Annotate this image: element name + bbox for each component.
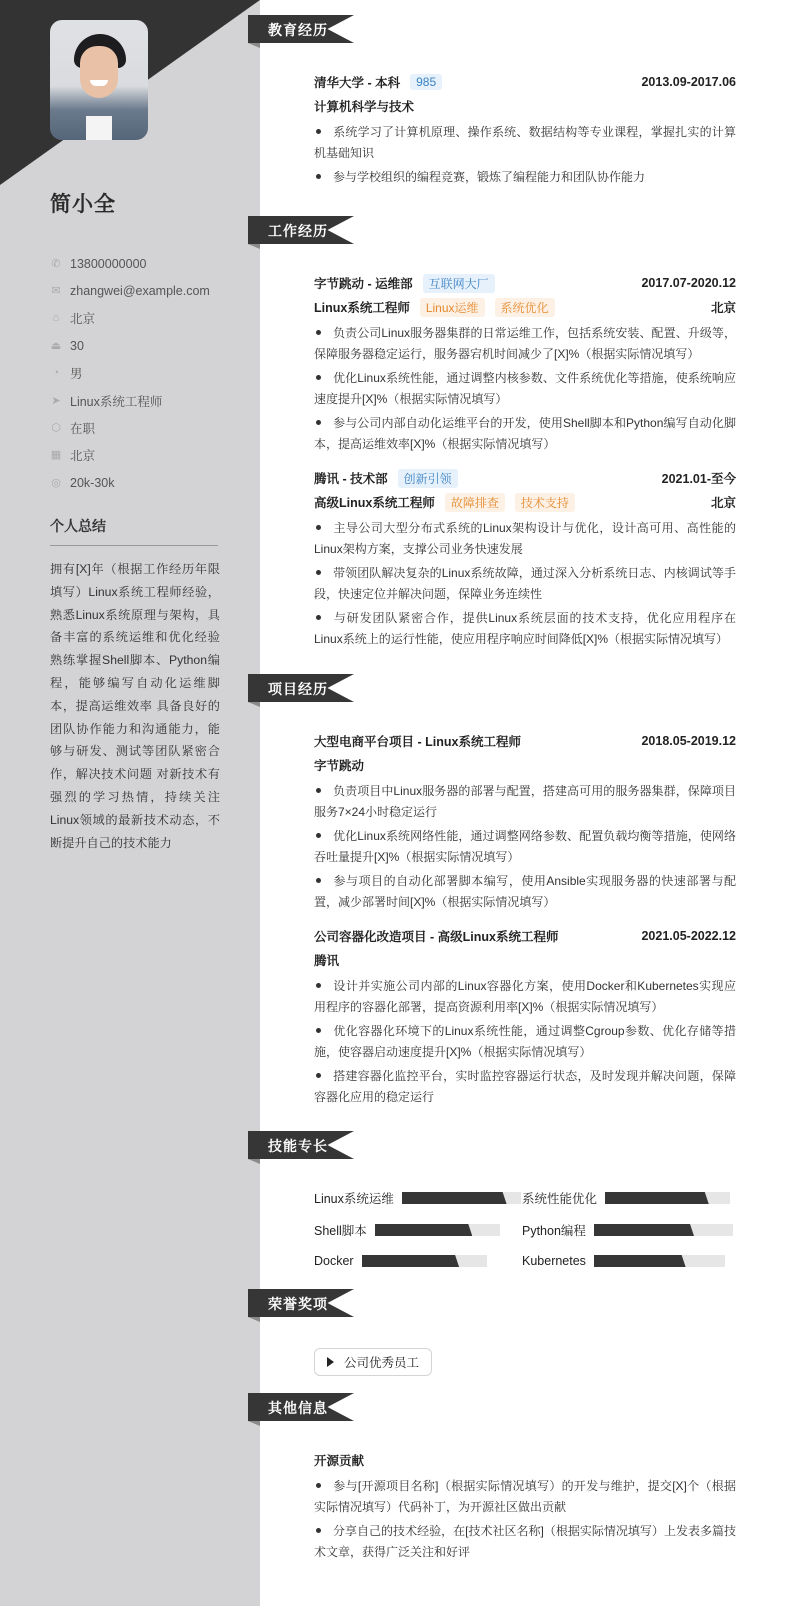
education-entry: 清华大学 - 本科985 2013.09-2017.06 计算机科学与技术 系统… <box>314 70 736 192</box>
company-tag: 互联网大厂 <box>423 274 495 293</box>
company-name: 字节跳动 - 运维部 <box>314 274 413 292</box>
skill-bar-fill <box>362 1255 460 1267</box>
skill-bar <box>605 1192 730 1204</box>
info-hometown: ⌂北京 <box>50 305 250 332</box>
info-salary: ◎20k-30k <box>50 469 250 496</box>
skill-bar-fill <box>594 1224 694 1236</box>
info-age: ⏏30 <box>50 332 250 359</box>
contact-info-list: ✆13800000000 ✉zhangwei@example.com ⌂北京 ⏏… <box>50 250 250 497</box>
project-name: 公司容器化改造项目 - 高级Linux系统工程师 <box>314 927 558 945</box>
project-bullet: 搭建容器化监控平台，实时监控容器运行状态，及时发现并解决问题，保障容器化应用的稳… <box>314 1066 736 1107</box>
project-date: 2018.05-2019.12 <box>641 734 736 748</box>
work-bullet: 负责公司Linux服务器集群的日常运维工作，包括系统安装、配置、升级等，保障服务… <box>314 323 736 364</box>
project-entry: 大型电商平台项目 - Linux系统工程师 2018.05-2019.12 字节… <box>314 729 736 916</box>
skill-bar <box>402 1192 521 1204</box>
info-gender: ◔男 <box>50 360 250 387</box>
skill-bar <box>362 1255 487 1267</box>
skill-item: Shell脚本 <box>314 1220 500 1240</box>
project-entry: 公司容器化改造项目 - 高级Linux系统工程师 2021.05-2022.12… <box>314 924 736 1111</box>
work-entry: 腾讯 - 技术部创新引领 2021.01-至今 高级Linux系统工程师故障排查… <box>314 466 736 653</box>
work-bullet: 参与公司内部自动化运维平台的开发，使用Shell脚本和Python编写自动化脚本… <box>314 413 736 454</box>
summary-title: 个人总结 <box>50 516 106 536</box>
skill-bar <box>594 1224 733 1236</box>
project-bullet: 设计并实施公司内部的Linux容器化方案，使用Docker和Kubernetes… <box>314 976 736 1017</box>
info-email: ✉zhangwei@example.com <box>50 277 250 304</box>
info-position: ➤Linux系统工程师 <box>50 387 250 414</box>
section-header-projects: 项目经历 <box>248 674 354 702</box>
send-icon: ➤ <box>50 395 62 407</box>
skill-bar-fill <box>594 1255 686 1267</box>
project-bullet: 优化容器化环境下的Linux系统性能，通过调整Cgroup参数、优化存储等措施，… <box>314 1021 736 1062</box>
age-icon: ⏏ <box>50 340 62 352</box>
other-bullet: 分享自己的技术经验，在[技术社区名称]（根据实际情况填写）上发表多篇技术文章，获… <box>314 1521 736 1562</box>
other-bullet: 参与[开源项目名称]（根据实际情况填写）的开发与维护，提交[X]个（根据实际情况… <box>314 1476 736 1517</box>
summary-text: 拥有[X]年（根据工作经历年限填写）Linux系统工程师经验，熟悉Linux系统… <box>50 558 220 854</box>
honor-badge: 公司优秀员工 <box>314 1348 432 1376</box>
other-title: 开源贡献 <box>314 1451 364 1469</box>
main-content: 教育经历 清华大学 - 本科985 2013.09-2017.06 计算机科学与… <box>260 0 794 1606</box>
summary-divider <box>50 545 218 546</box>
school-name: 清华大学 - 本科 <box>314 73 400 91</box>
section-header-other: 其他信息 <box>248 1393 354 1421</box>
skill-bar <box>375 1224 500 1236</box>
section-header-honors: 荣誉奖项 <box>248 1289 354 1317</box>
section-header-education: 教育经历 <box>248 15 354 43</box>
project-company: 字节跳动 <box>314 756 364 774</box>
project-company: 腾讯 <box>314 951 339 969</box>
skill-bar-fill <box>605 1192 709 1204</box>
salary-icon: ◎ <box>50 477 62 489</box>
project-bullet: 参与项目的自动化部署脚本编写，使用Ansible实现服务器的快速部署与配置，减少… <box>314 871 736 912</box>
skill-item: 系统性能优化 <box>522 1188 730 1208</box>
skill-item: Linux系统运维 <box>314 1188 521 1208</box>
work-bullet: 主导公司大型分布式系统的Linux架构设计与优化，设计高可用、高性能的Linux… <box>314 518 736 559</box>
candidate-name: 简小全 <box>50 188 116 218</box>
company-name: 腾讯 - 技术部 <box>314 469 388 487</box>
building-icon: ▦ <box>50 449 62 461</box>
project-bullet: 优化Linux系统网络性能，通过调整网络参数、配置负载均衡等措施，使网络吞吐量提… <box>314 826 736 867</box>
work-bullet: 优化Linux系统性能，通过调整内核参数、文件系统优化等措施，使系统响应速度提升… <box>314 368 736 409</box>
project-date: 2021.05-2022.12 <box>641 929 736 943</box>
skill-bar-fill <box>375 1224 473 1236</box>
home-icon: ⌂ <box>50 312 62 324</box>
section-header-skills: 技能专长 <box>248 1131 354 1159</box>
sidebar: 简小全 ✆13800000000 ✉zhangwei@example.com ⌂… <box>0 0 260 1606</box>
major: 计算机科学与技术 <box>314 97 414 115</box>
work-entry: 字节跳动 - 运维部互联网大厂 2017.07-2020.12 Linux系统工… <box>314 271 736 458</box>
info-phone: ✆13800000000 <box>50 250 250 277</box>
skill-tag: 系统优化 <box>495 298 555 317</box>
skill-bar <box>594 1255 725 1267</box>
education-bullet: 参与学校组织的编程竞赛，锻炼了编程能力和团队协作能力 <box>314 167 736 188</box>
education-date: 2013.09-2017.06 <box>641 75 736 89</box>
skill-bar-fill <box>402 1192 507 1204</box>
skill-tag: Linux运维 <box>420 298 485 317</box>
work-location: 北京 <box>711 298 736 316</box>
other-entry: 开源贡献 参与[开源项目名称]（根据实际情况填写）的开发与维护，提交[X]个（根… <box>314 1448 736 1566</box>
job-title: Linux系统工程师 <box>314 298 410 316</box>
education-bullet: 系统学习了计算机原理、操作系统、数据结构等专业课程，掌握扎实的计算机基础知识 <box>314 122 736 163</box>
job-title: 高级Linux系统工程师 <box>314 493 435 511</box>
work-bullet: 带领团队解决复杂的Linux系统故障，通过深入分析系统日志、内核调试等手段，快速… <box>314 563 736 604</box>
school-tag: 985 <box>410 74 442 90</box>
play-triangle-icon <box>327 1357 334 1367</box>
avatar <box>50 20 148 140</box>
phone-icon: ✆ <box>50 258 62 270</box>
company-tag: 创新引领 <box>398 469 458 488</box>
work-date: 2017.07-2020.12 <box>641 276 736 290</box>
skill-item: Kubernetes <box>522 1251 725 1271</box>
project-bullet: 负责项目中Linux服务器的部署与配置，搭建高可用的服务器集群，保障项目服务7×… <box>314 781 736 822</box>
section-header-work: 工作经历 <box>248 216 354 244</box>
skill-tag: 技术支持 <box>515 493 575 512</box>
info-status: ⬡在职 <box>50 414 250 441</box>
info-city: ▦北京 <box>50 442 250 469</box>
skill-tag: 故障排查 <box>445 493 505 512</box>
status-icon: ⬡ <box>50 422 62 434</box>
project-name: 大型电商平台项目 - Linux系统工程师 <box>314 732 521 750</box>
work-date: 2021.01-至今 <box>662 469 736 487</box>
work-location: 北京 <box>711 493 736 511</box>
gender-icon: ◔ <box>50 367 62 379</box>
skill-item: Docker <box>314 1251 487 1271</box>
skill-item: Python编程 <box>522 1220 733 1240</box>
mail-icon: ✉ <box>50 285 62 297</box>
work-bullet: 与研发团队紧密合作，提供Linux系统层面的技术支持，优化应用程序在Linux系… <box>314 608 736 649</box>
